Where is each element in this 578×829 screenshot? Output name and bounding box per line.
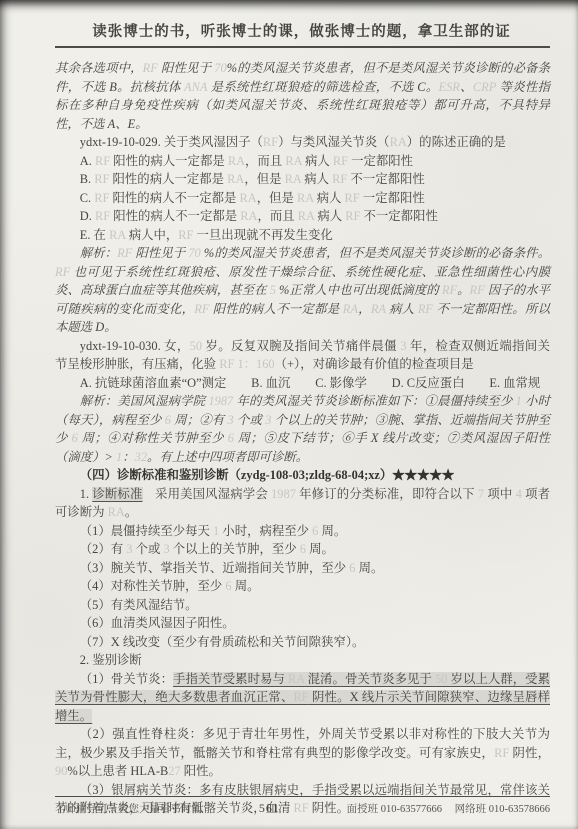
text-run: 小时，病程至少	[219, 524, 312, 538]
footer-web-class-phone: 网络班 010-63578666	[455, 804, 550, 815]
text-run: （4）对称性关节肿，至少	[80, 579, 226, 593]
text-run: 周。	[232, 579, 260, 593]
criteria-item-5: （5）有类风湿结节。	[55, 596, 550, 615]
faint-answer-text: RA	[297, 191, 314, 205]
text-run: （5）有类风湿结节。	[80, 598, 198, 612]
text-run: %以上患者 HLA-B	[67, 764, 168, 778]
text-run: 年修订的分类标准，即符合以下	[296, 487, 478, 501]
question-029-option-e: E. 在 RA 病人中，RF 一旦出现就不再发生变化	[55, 226, 550, 245]
page-footer: 名师辅导可节省您大量看书时间 561 面授班 010-63577666 网络班 …	[55, 796, 550, 816]
text-run: 病人	[302, 154, 333, 168]
text-run: （2）强直性脊柱炎：多见于青壮年男性，外周关节受累以非对称性的下肢大关节为主，极…	[55, 727, 550, 760]
text-run: 阳性的病人一定都是	[110, 154, 228, 168]
text-run: A. 抗链球菌溶血素“O”测定 B. 血沉 C. 影像学 D. C反应蛋白 E.…	[80, 376, 541, 390]
text-run: 。	[457, 283, 470, 297]
text-run: 周。	[306, 542, 334, 556]
question-029-stem: ydxt-19-10-029. 关于类风湿因子（RF）与类风湿关节炎（RA）的陈…	[55, 133, 550, 152]
text-run: 周；④对称性关节肿至少	[78, 431, 228, 445]
text-run: %正常人中也可出现低滴度的	[276, 283, 442, 297]
question-029-option-c: C. RF 阳性的病人不一定都是 RA，但是 RA 病人 RF 一定都阳性	[55, 189, 550, 208]
text-run: 年的类风湿关节炎诊断标准如下：①晨僵持续至少	[233, 394, 515, 408]
faint-answer-text: RA	[343, 302, 358, 316]
text-run: 周；②有	[171, 413, 228, 427]
page-header: 读张博士的书，听张博士的课，做张博士的题，拿卫生部的证	[0, 0, 578, 48]
page-number: 561	[259, 801, 280, 816]
faint-answer-text: 27	[168, 764, 180, 778]
text-run: 病人中，	[126, 228, 179, 242]
text-run: 阴性，	[509, 746, 550, 760]
text-run: （2）有	[80, 542, 126, 556]
text-run: （+），对确诊最有价值的检查项目是	[275, 357, 474, 371]
faint-answer-text: 90	[55, 764, 67, 778]
faint-answer-text: RA	[288, 672, 305, 686]
text-run: ）的陈述正确的是	[407, 135, 506, 149]
faint-answer-text: 1987	[271, 487, 296, 501]
text-run: （6）血清类风湿因子阳性。	[80, 616, 235, 630]
criteria-item-3: （3）腕关节、掌指关节、近端指间关节肿，至少 6 周。	[55, 559, 550, 578]
text-run: 个以上的关节肿，至少	[170, 542, 300, 556]
faint-answer-text: RF	[94, 172, 109, 186]
faint-answer-text: RF	[494, 746, 509, 760]
footer-face-class-phone: 面授班 010-63577666	[347, 804, 442, 815]
text-run: 阳性的病人不一定都是	[109, 191, 239, 205]
faint-answer-text: RF	[55, 265, 70, 279]
scanned-textbook-page: 读张博士的书，听张博士的课，做张博士的题，拿卫生部的证 其余各选项中，RF 阳性…	[0, 0, 578, 829]
document-body: 其余各选项中，RF 阳性见于 70%的类风湿关节炎患者，但不是类风湿关节炎诊断的…	[55, 59, 550, 818]
text-run: 采用美国风湿病学会	[143, 487, 272, 501]
text-run: 是系统性红斑狼疮的筛选检查，不选 C。	[207, 80, 438, 94]
text-run: 混淆。骨关节炎多见于	[305, 672, 436, 686]
criteria-item-4: （4）对称性关节肿，至少 6 周。	[55, 577, 550, 596]
text-run: 病人	[301, 172, 332, 186]
header-slogan: 读张博士的书，听张博士的课，做张博士的题，拿卫生部的证	[55, 20, 548, 41]
faint-answer-text: 70	[188, 246, 200, 260]
text-run: ydxt-19-10-030. 女，	[80, 339, 190, 353]
text-run: 。	[125, 505, 137, 519]
faint-answer-text: RF	[263, 135, 278, 149]
faint-answer-text: RF	[95, 154, 110, 168]
text-run: ydxt-19-10-029. 关于类风湿因子（	[80, 135, 263, 149]
faint-answer-text: RF	[194, 302, 209, 316]
text-run: ，但是	[244, 172, 284, 186]
faint-answer-text: RF	[442, 283, 457, 297]
text-run: B.	[80, 172, 94, 186]
section-heading-diagnosis: （四）诊断标准和鉴别诊断（zydg-108-03;zldg-68-04;xz）★…	[55, 466, 550, 485]
differential-osteoarthritis: （1）骨关节炎：手指关节受累时易与 RA 混淆。骨关节炎多见于 50 岁以上人群…	[55, 670, 550, 726]
faint-answer-text: CRP	[473, 80, 496, 94]
faint-answer-text: RF	[294, 690, 309, 704]
faint-answer-text: RA	[285, 172, 302, 186]
text-run: C.	[80, 191, 94, 205]
faint-answer-text: RF	[333, 154, 348, 168]
diagnosis-criteria-intro: 1. 诊断标准 采用美国风湿病学会 1987 年修订的分类标准，即符合以下 7 …	[55, 485, 550, 522]
footer-note: 名师辅导可节省您大量看书时间	[55, 801, 202, 816]
question-029-option-b: B. RF 阳性的病人一定都是 RA，但是 RA 病人 RF 不一定都阳性	[55, 170, 550, 189]
text-run: （3）腕关节、掌指关节、近端指间关节肿，至少	[80, 561, 350, 575]
text-run: 、	[460, 80, 473, 94]
footer-contacts: 面授班 010-63577666 网络班 010-63578666	[337, 801, 550, 816]
faint-answer-text: 70	[214, 61, 226, 75]
text-run: ）与类风湿关节炎（	[278, 135, 390, 149]
text-run: 其余各选项中，	[55, 61, 143, 75]
criteria-item-1: （1）晨僵持续至少每天 1 小时，病程至少 6 周。	[55, 522, 550, 541]
text-run: 一定都阳性	[360, 191, 425, 205]
text-run: （7）X 线改变（至少有骨质疏松和关节间隙狭窄）。	[80, 635, 365, 649]
faint-answer-text: RF	[345, 209, 360, 223]
text-run: 病人	[314, 209, 345, 223]
text-run: 周。	[318, 524, 346, 538]
differential-ankylosing-spondylitis: （2）强直性脊柱炎：多见于青壮年男性，外周关节受累以非对称性的下肢大关节为主，极…	[55, 725, 550, 781]
text-run: 阳性。	[181, 764, 221, 778]
text-run: A.	[80, 154, 95, 168]
text-run: 不一定都阳性	[347, 172, 424, 186]
text-run: 解析：美国风湿病学院	[80, 394, 209, 408]
faint-answer-text: RA	[109, 228, 126, 242]
text-run: ，而且	[257, 209, 297, 223]
text-run: 手指关节受累时易与	[173, 672, 288, 686]
question-029-option-a: A. RF 阳性的病人一定都是 RA，而且 RA 病人 RF 一定都阳性	[55, 152, 550, 171]
text-run: 阳性见于	[158, 61, 215, 75]
text-run: 岁。反复双腕及指间关节痛伴晨僵	[202, 339, 400, 353]
text-run: D.	[80, 209, 95, 223]
faint-answer-text: RA	[240, 209, 257, 223]
faint-answer-text: RA	[285, 154, 302, 168]
text-run: 2. 鉴别诊断	[80, 653, 142, 667]
faint-answer-text: RF	[178, 228, 193, 242]
text-run: 阳性见于	[132, 246, 188, 260]
differential-heading: 2. 鉴别诊断	[55, 651, 550, 670]
question-030-stem: ydxt-19-10-030. 女，50 岁。反复双腕及指间关节痛伴晨僵 3 年…	[55, 337, 550, 374]
text-run: ，	[358, 302, 371, 316]
text-run: 个或	[132, 542, 163, 556]
text-run: ，而且	[245, 154, 285, 168]
faint-answer-text: RF	[470, 283, 485, 297]
text-run: 病人	[314, 191, 345, 205]
text-run: （四）诊断标准和鉴别诊断（zydg-108-03;zldg-68-04;xz）★…	[80, 468, 454, 482]
text-run: （1）晨僵持续至少每天	[80, 524, 213, 538]
text-run: 周。	[356, 561, 384, 575]
faint-answer-text: RF	[332, 172, 347, 186]
faint-answer-text: RA	[228, 154, 245, 168]
faint-answer-text: RF	[117, 246, 132, 260]
faint-answer-text: RA	[390, 135, 407, 149]
criteria-item-6: （6）血清类风湿因子阳性。	[55, 614, 550, 633]
text-run: E. 在	[80, 228, 109, 242]
question-029-option-d: D. RF 阳性的病人不一定都是 RA，而且 RA 病人 RF 不一定都阳性	[55, 207, 550, 226]
text-run: 阳性的病人不一定都是	[110, 209, 240, 223]
faint-answer-text: RA	[227, 172, 244, 186]
faint-answer-text: RF	[345, 191, 360, 205]
text-run: 一定都阳性	[348, 154, 413, 168]
text-run: 一旦出现就不再发生变化	[193, 228, 332, 242]
text-run: 不一定都阳性	[360, 209, 437, 223]
question-029-analysis: 解析：RF 阳性见于 70 %的类风湿关节炎患者，但不是类风湿关节炎诊断的必备条…	[55, 244, 550, 337]
text-run: （1）骨关节炎：	[80, 672, 173, 686]
text-run: ，但是	[257, 191, 297, 205]
carryover-analysis-paragraph: 其余各选项中，RF 阳性见于 70%的类风湿关节炎患者，但不是类风湿关节炎诊断的…	[55, 59, 550, 133]
faint-answer-text: RA	[108, 505, 125, 519]
criteria-item-2: （2）有 3 个或 3 个以上的关节肿，至少 6 周。	[55, 540, 550, 559]
footer-rule	[55, 796, 550, 797]
text-run: 诊断标准	[92, 487, 142, 501]
faint-answer-text: RA	[298, 209, 315, 223]
faint-answer-text: RA	[371, 302, 386, 316]
faint-answer-text: 50	[190, 339, 202, 353]
text-run: 阳性的病人不一定都是	[209, 302, 342, 316]
text-run: 。有上述中四项者即可诊断。	[147, 450, 308, 464]
faint-answer-text: RF	[418, 302, 433, 316]
text-run: 项中	[484, 487, 516, 501]
header-rule	[55, 46, 550, 48]
faint-answer-text: 50	[435, 672, 447, 686]
criteria-item-7: （7）X 线改变（至少有骨质疏松和关节间隙狭窄）。	[55, 633, 550, 652]
text-run: 解析：	[80, 246, 117, 260]
faint-answer-text: RF	[94, 191, 109, 205]
text-run: 阳性的病人一定都是	[109, 172, 227, 186]
text-run: 个或	[234, 413, 266, 427]
text-run: 1.	[80, 487, 93, 501]
faint-answer-text: RF 1：160	[219, 357, 274, 371]
faint-answer-text: ANA	[184, 80, 207, 94]
question-030-options: A. 抗链球菌溶血素“O”测定 B. 血沉 C. 影像学 D. C反应蛋白 E.…	[55, 374, 550, 393]
text-run: %的类风湿关节炎患者，但不是类风湿关节炎诊断的必备条件。	[201, 246, 550, 260]
text-run: 病人	[386, 302, 418, 316]
faint-answer-text: 32	[135, 450, 147, 464]
faint-answer-text: 1987	[208, 394, 233, 408]
question-030-analysis: 解析：美国风湿病学院 1987 年的类风湿关节炎诊断标准如下：①晨僵持续至少 1…	[55, 392, 550, 466]
text-run: ：	[122, 450, 134, 464]
faint-answer-text: RA	[240, 191, 257, 205]
faint-answer-text: RF	[95, 209, 110, 223]
faint-answer-text: RF	[143, 61, 158, 75]
faint-answer-text: ESR	[439, 80, 460, 94]
